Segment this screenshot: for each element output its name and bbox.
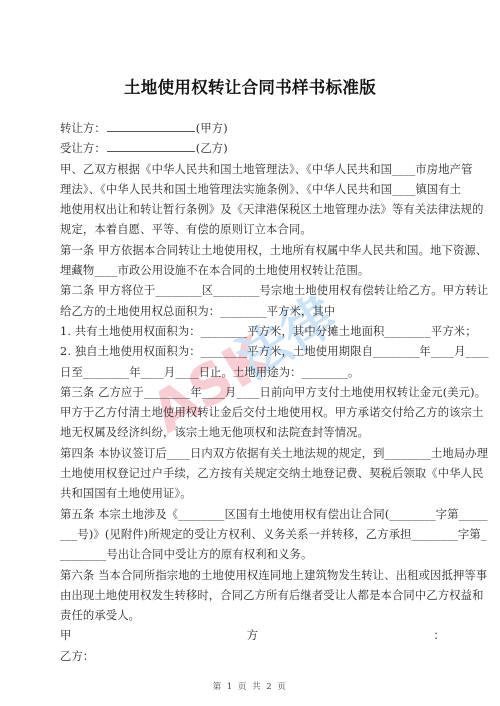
- document-title: 土地使用权转让合同书样书标准版: [0, 74, 500, 98]
- preamble-line: 甲、乙双方根据《中华人民共和国土地管理法》、《中华人民共和国____市房地产管: [60, 160, 445, 180]
- transferor-blank: [107, 119, 195, 132]
- article-5-line: ________号出让合同中受让方的原有权利和义务。: [60, 545, 445, 565]
- page-number-footer: 第 1 页 共 2 页: [0, 680, 500, 692]
- article-6-line: 责任的承受人。: [60, 606, 445, 626]
- article-4-line: 第四条 本协议签订后____日内双方依据有关土地法规的规定，到________土…: [60, 444, 445, 464]
- article-2-line: 日至________年____月____日止。土地用途为：________。: [60, 363, 445, 383]
- article-2-line: 1. 共有土地使用权面积为：________平方米，其中分摊土地面积______…: [60, 322, 445, 342]
- transferee-suffix: (乙方): [196, 142, 228, 155]
- preamble-line: 地使用权出让和转让暂行条例》及《天津港保税区土地管理办法》等有关法律法规的: [60, 200, 445, 220]
- article-2-line: 2. 独自土地使用权面积为：________平方米，土地使用期限自_______…: [60, 342, 445, 362]
- article-5-line: ___号)》(见附件)所规定的受让方权利、义务关系一并转移，乙方承担______…: [60, 525, 445, 545]
- preamble-line: 理法》、《中华人民共和国土地管理法实施条例》、《中华人民共和国____镇国有土: [60, 180, 445, 200]
- article-6-line: 第六条 当本合同所指宗地的土地使用权连同地上建筑物发生转让、出租或因抵押等事: [60, 566, 445, 586]
- article-3-line: 第三条 乙方应于________年____月____日前向甲方支付土地使用权转让…: [60, 383, 445, 403]
- document-body: 转让方：(甲方) 受让方：(乙方) 甲、乙双方根据《中华人民共和国土地管理法》、…: [60, 119, 445, 667]
- article-3-line: 甲方于乙方付清土地使用权转让金后交付土地使用权。甲方承诺交付给乙方的该宗土: [60, 403, 445, 423]
- article-3-line: 地无权属及经济纠纷，该宗土地无他项权和法院查封等情况。: [60, 423, 445, 443]
- article-4-line: 土地使用权登记过户手续，乙方按有关规定交纳土地登记费、契税后领取《中华人民: [60, 464, 445, 484]
- party-b-signature-line: 乙方：: [60, 647, 445, 667]
- party-a-label-left: 甲: [60, 626, 71, 646]
- document-page: ASK 法律 土地使用权转让合同书样书标准版 转让方：(甲方) 受让方：(乙方)…: [0, 0, 500, 706]
- party-a-signature-line: 甲 方 ：: [60, 626, 445, 646]
- article-2-line: 第二条 甲方将位于________区________号宗地土地使用权有偿转让给乙…: [60, 281, 445, 301]
- transferor-suffix: (甲方): [196, 122, 228, 135]
- transferor-line: 转让方：(甲方): [60, 119, 445, 139]
- transferee-line: 受让方：(乙方): [60, 139, 445, 159]
- transferee-blank: [107, 139, 195, 152]
- article-1-line: 埋藏物____市政公用设施不在本合同的土地使用权转让范围。: [60, 261, 445, 281]
- party-a-colon: ：: [434, 626, 445, 646]
- article-1-line: 第一条 甲方依据本合同转让土地使用权，土地所有权属中华人民共和国。地下资源、: [60, 241, 445, 261]
- article-2-line: 给乙方的土地使用权总面积为：________平方米，其中: [60, 302, 445, 322]
- article-4-line: 共和国国有土地使用证》。: [60, 484, 445, 504]
- preamble-line: 规定，本着自愿、平等、有偿的原则订立本合同。: [60, 220, 445, 240]
- party-a-label-mid: 方: [247, 626, 258, 646]
- article-5-line: 第五条 本宗土地涉及《________区国有土地使用权有偿出让合同(______…: [60, 505, 445, 525]
- article-6-line: 由出现土地使用权发生转移时，合同乙方所有后继者受让人都是本合同中乙方权益和: [60, 586, 445, 606]
- transferee-label: 受让方：: [60, 142, 106, 155]
- transferor-label: 转让方：: [60, 122, 106, 135]
